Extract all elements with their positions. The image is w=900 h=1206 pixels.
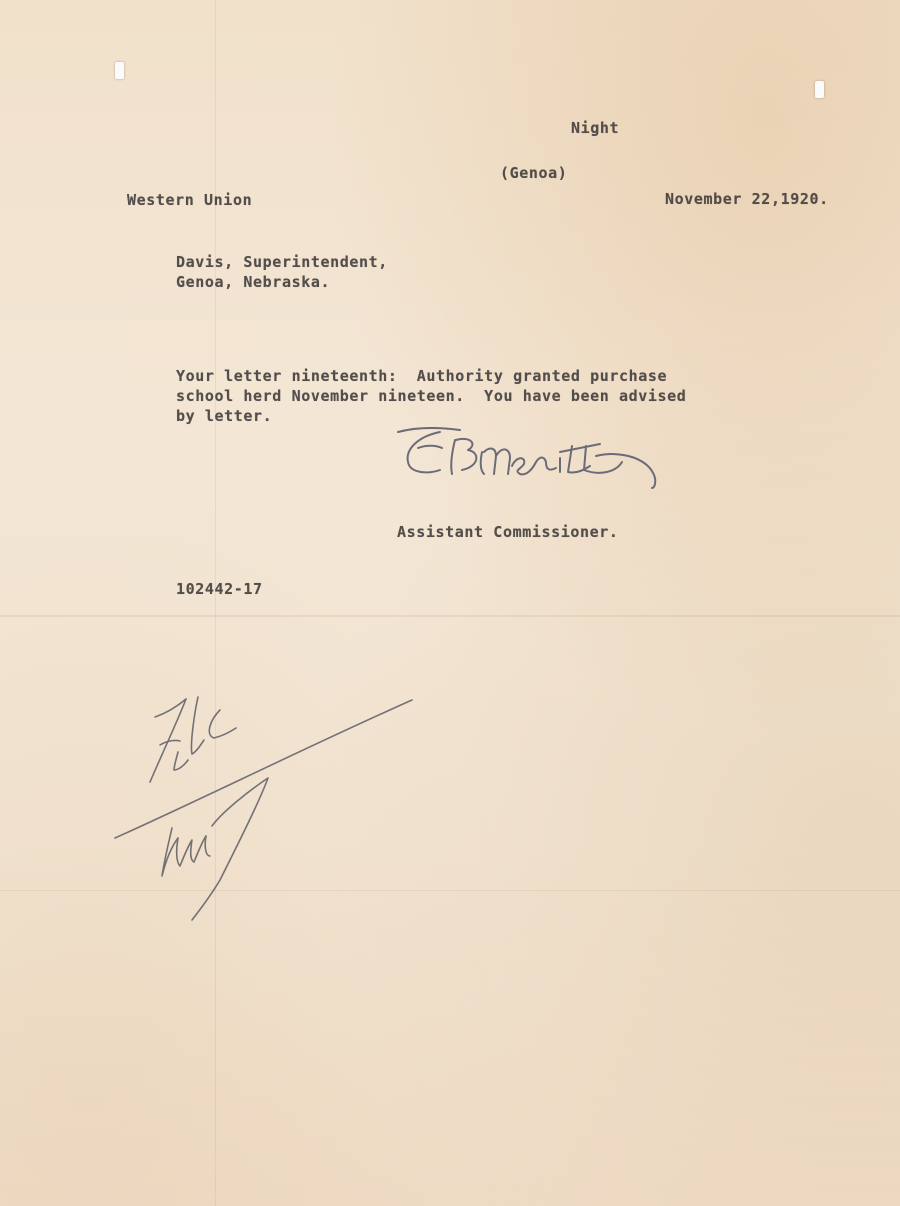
service-class: Night — [571, 118, 619, 138]
pencil-slash — [115, 700, 412, 838]
addressee-line-1: Davis, Superintendent, — [176, 252, 388, 272]
body-line-2: school herd November nineteen. You have … — [176, 386, 686, 406]
handwritten-file-note — [150, 697, 236, 782]
body-line-3: by letter. — [176, 406, 272, 426]
paper-crease — [215, 0, 216, 1206]
handwriting-layer — [0, 0, 900, 1206]
signature — [398, 428, 655, 488]
paper-crease — [0, 615, 900, 617]
body-line-1: Your letter nineteenth: Authority grante… — [176, 366, 667, 386]
punch-hole-right — [815, 81, 824, 98]
telegram-date: November 22,1920. — [665, 189, 829, 209]
punch-hole-left — [115, 62, 124, 79]
file-number: 102442-17 — [176, 579, 263, 599]
addressee-line-2: Genoa, Nebraska. — [176, 272, 330, 292]
office-code: (Genoa) — [500, 163, 567, 183]
document-page: Night (Genoa) Western Union November 22,… — [0, 0, 900, 1206]
signer-title: Assistant Commissioner. — [397, 522, 619, 542]
carrier-name: Western Union — [127, 190, 252, 210]
paper-crease — [0, 890, 900, 891]
